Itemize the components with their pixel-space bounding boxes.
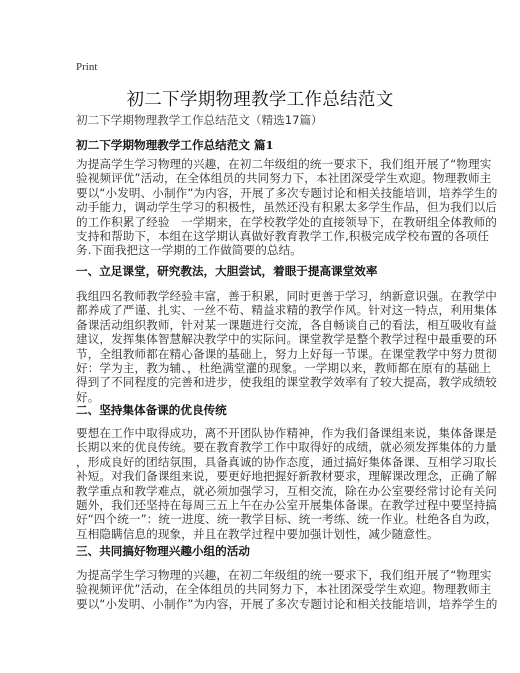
text-line: 验视频评优”活动，在全体组员的共同努力下，本社团深受学生欢迎。物理教师主 [76,582,448,596]
text-line: 要以“小发明、小制作”为内容，开展了多次专题讨论和相关技能培训，培养学生的 [76,597,448,611]
text-line: 动手能力，调动学生学习的积极性，虽然还没有积累太多学生作品，但为我们以后 [76,200,448,214]
article-heading: 初二下学期物理教学工作总结范文 篇1 [76,137,274,153]
section-1-paragraph: 我组四名教师教学经验丰富，善于积累，同时更善于学习，纳新意识强。在教学中 都养成… [76,289,448,404]
text-line: 备课活动组织教师，针对某一课题进行交流，各自畅谈自己的看法，相互吸收有益 [76,318,448,332]
section-heading-2: 二、坚持集体备课的优良传统 [76,402,227,418]
text-line: 互相隐瞒信息的现象，并且在教学过程中要加强计划性，减少随意性。 [76,527,448,541]
section-2-paragraph: 要想在工作中取得成功，离不开团队协作精神，作为我们备课组来说，集体备课是 长期以… [76,426,448,541]
text-line: 为提高学生学习物理的兴趣，在初二年级组的统一要求下，我们组开展了“物理实 [76,157,448,171]
document-subtitle: 初二下学期物理教学工作总结范文（精选17篇） [76,112,323,128]
text-line: 教学重点和教学难点，就必须加强学习，互相交流，除在办公室要经常讨论有关问 [76,484,448,498]
text-line: 好“四个统一”：统一进度、统一教学目标、统一考练、统一作业。杜绝各自为政， [76,512,448,526]
section-heading-1: 一、立足课堂，研究教法，大胆尝试，着眼于提高课堂效率 [76,263,377,279]
text-line: 节，全组教师都在精心备课的基础上，努力上好每一节课。在课堂教学中努力贯彻 [76,347,448,361]
text-line: 要想在工作中取得成功，离不开团队协作精神，作为我们备课组来说，集体备课是 [76,426,448,440]
text-line: 我组四名教师教学经验丰富，善于积累，同时更善于学习，纳新意识强。在教学中 [76,289,448,303]
section-heading-3: 三、共同搞好物理兴趣小组的活动 [76,543,250,559]
text-line: 建议，发挥集体智慧解决教学中的实际问。课堂教学是整个教学过程中最重要的环 [76,332,448,346]
text-line: 补短。对我们备课组来说，要更好地把握好新教材要求，理解课改理念，正确了解 [76,469,448,483]
text-line: 务.下面我把这一学期的工作做简要的总结。 [76,243,448,257]
document-page: Print 初二下学期物理教学工作总结范文 初二下学期物理教学工作总结范文（精选… [0,0,520,673]
text-line: 验视频评优”活动，在全体组员的共同努力下，本社团深受学生欢迎。物理教师主 [76,171,448,185]
text-line: 支持和帮助下，本组在这学期认真做好教育教学工作,积极完成学校布置的各项任 [76,229,448,243]
text-line: 题外，我们还坚持在每周三五上午在办公室开展集体备课。在教学过程中要坚持搞 [76,498,448,512]
text-line: 的工作积累了经验 一学期来，在学校教学处的直接领导下，在教研组全体教师的 [76,215,448,229]
print-link[interactable]: Print [76,61,97,73]
section-3-paragraph: 为提高学生学习物理的兴趣，在初二年级组的统一要求下，我们组开展了“物理实 验视频… [76,568,448,611]
page-title: 初二下学期物理教学工作总结范文 [0,86,520,111]
text-line: ，形成良好的团结氛围，具备真诚的协作态度，通过搞好集体备课、互相学习取长 [76,455,448,469]
intro-paragraph: 为提高学生学习物理的兴趣，在初二年级组的统一要求下，我们组开展了“物理实 验视频… [76,157,448,258]
text-line: 长期以来的优良传统。要在教育教学工作中取得好的成绩，就必须发挥集体的力量 [76,440,448,454]
text-line: 得到了不同程度的完善和进步，使我组的课堂教学效率有了较大提高，教学成绩较 [76,375,448,389]
text-line: 要以“小发明、小制作”为内容，开展了多次专题讨论和相关技能培训，培养学生的 [76,186,448,200]
text-line: 为提高学生学习物理的兴趣，在初二年级组的统一要求下，我们组开展了“物理实 [76,568,448,582]
text-line: 好：学为主，教为辅、，杜绝满堂灌的现象。一学期以来，教师都在原有的基础上 [76,361,448,375]
text-line: 都养成了严谨、扎实、一丝不苟、精益求精的教学作风。针对这一特点，利用集体 [76,303,448,317]
